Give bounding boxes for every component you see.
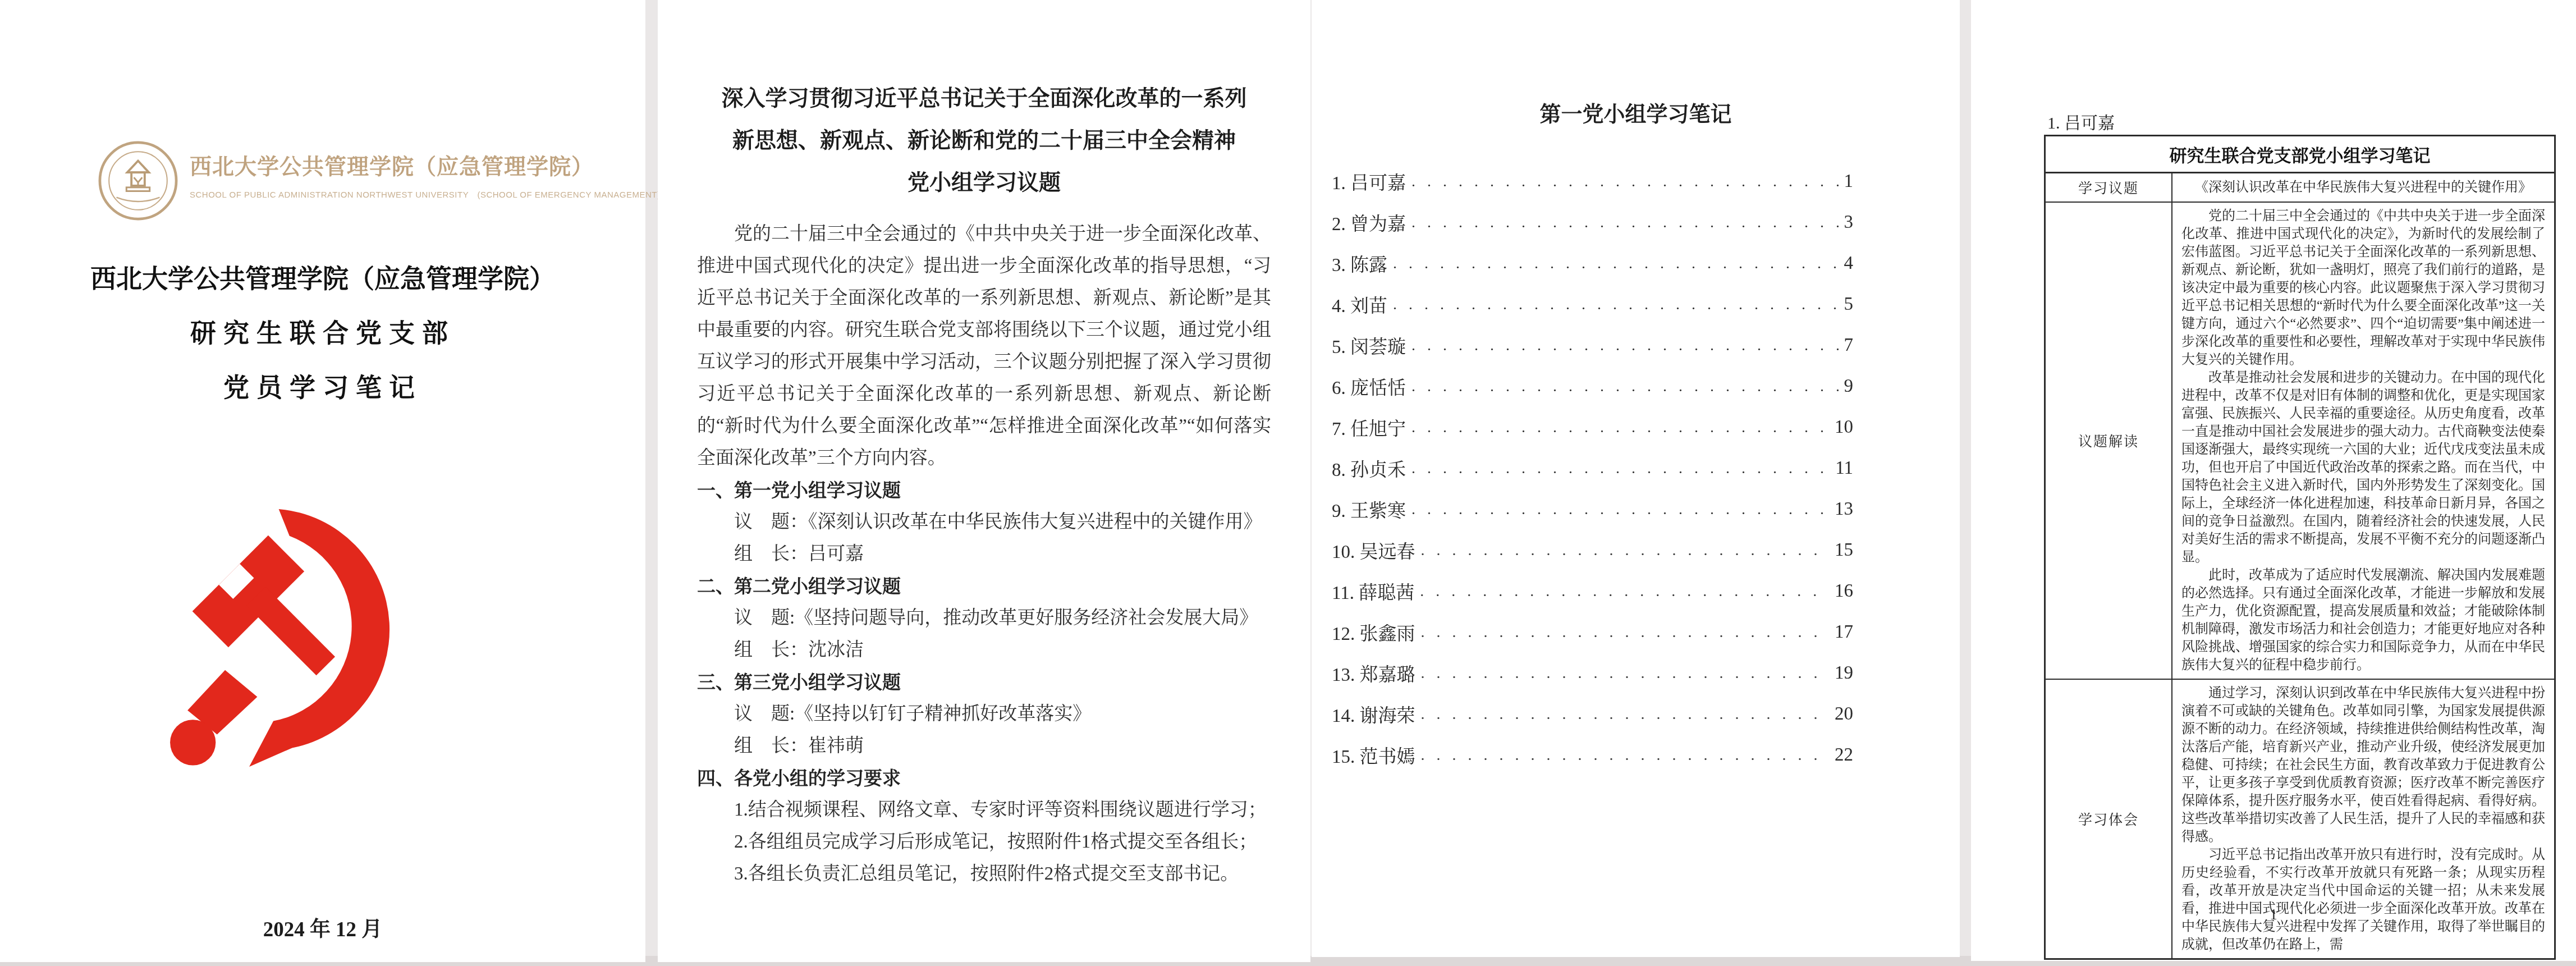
- toc-entry-name: 14. 谢海荣: [1332, 701, 1415, 727]
- toc-entry-page: 17: [1835, 622, 1853, 643]
- toc-entry-name: 15. 范书嫣: [1332, 742, 1415, 768]
- table-row-interpretation: 议题解读 党的二十届三中全会通过的《中共中央关于进一步全面深化改革、推进中国式现…: [2046, 203, 2554, 680]
- toc-entry: 7. 任旭宁10: [1332, 407, 1853, 448]
- toc-entry-page: 9: [1844, 376, 1854, 397]
- table-header: 研究生联合党支部党小组学习笔记: [2046, 136, 2554, 173]
- toc-dot-leader: [1411, 501, 1829, 519]
- section2-topic: 议 题:《坚持问题导向，推动改革更好服务经济社会发展大局》: [697, 602, 1271, 634]
- toc-entry-name: 1. 吕可嘉: [1332, 168, 1406, 195]
- page-3-toc: 第一党小组学习笔记 1. 吕可嘉1 2. 曾为嘉3 3. 陈露4 4. 刘苗5 …: [1312, 0, 1960, 957]
- cover-title-line3: 党员学习笔记: [0, 360, 645, 415]
- section2-heading: 二、第二党小组学习议题: [697, 570, 1271, 602]
- section1-heading: 一、第一党小组学习议题: [697, 474, 1271, 506]
- toc-entry-name: 13. 郑嘉璐: [1332, 660, 1415, 686]
- requirement-item3: 3.各组长负责汇总组员笔记，按照附件2格式提交至支部书记。: [697, 858, 1271, 890]
- toc-entry-page: 5: [1844, 294, 1854, 315]
- toc-entry-name: 5. 闵荟璇: [1332, 332, 1406, 359]
- toc-entry: 15. 范书嫣22: [1332, 735, 1853, 776]
- toc-entry-page: 22: [1835, 745, 1853, 766]
- section1-topic: 议 题：《深刻认识改革在中华民族伟大复兴进程中的关键作用》: [697, 506, 1271, 538]
- toc-entry-page: 15: [1835, 540, 1853, 561]
- toc-dot-leader: [1421, 747, 1830, 764]
- section3-heading: 三、第三党小组学习议题: [697, 666, 1271, 698]
- row-label: 议题解读: [2046, 203, 2172, 679]
- toc-list: 1. 吕可嘉1 2. 曾为嘉3 3. 陈露4 4. 刘苗5 5. 闵荟璇7 6.…: [1332, 161, 1853, 776]
- note-owner-heading: 1. 吕可嘉: [2047, 109, 2115, 134]
- toc-entry: 9. 王紫寒13: [1332, 489, 1853, 530]
- toc-dot-leader: [1411, 378, 1839, 396]
- toc-entry-name: 4. 刘苗: [1332, 291, 1387, 318]
- toc-entry-name: 8. 孙贞禾: [1332, 455, 1406, 482]
- toc-entry: 12. 张鑫雨17: [1332, 612, 1853, 653]
- page2-intro: 党的二十届三中全会通过的《中共中央关于进一步全面深化改革、推进中国式现代化的决定…: [697, 218, 1271, 474]
- school-name-cn: 西北大学公共管理学院（应急管理学院）: [190, 149, 660, 181]
- reflection-paragraph-1: 通过学习，深刻认识到改革在中华民族伟大复兴进程中扮演着不可或缺的关键角色。改革如…: [2181, 684, 2545, 846]
- requirement-item1: 1.结合视频课程、网络文章、专家时评等资料围绕议题进行学习；: [697, 794, 1271, 826]
- toc-entry: 6. 庞恬恬9: [1332, 366, 1853, 407]
- toc-entry-name: 11. 薛聪茜: [1332, 578, 1414, 605]
- page2-title: 深入学习贯彻习近平总书记关于全面深化改革的一系列 新思想、新观点、新论断和党的二…: [697, 77, 1271, 204]
- toc-entry-name: 2. 曾为嘉: [1332, 209, 1406, 236]
- toc-dot-leader: [1421, 665, 1830, 683]
- toc-entry-page: 20: [1835, 704, 1853, 725]
- toc-entry-name: 12. 张鑫雨: [1332, 619, 1415, 645]
- toc-entry-page: 10: [1835, 417, 1853, 438]
- toc-entry: 14. 谢海荣20: [1332, 694, 1853, 735]
- section3-leader: 组 长：崔祎萌: [697, 730, 1271, 762]
- row-label: 学习议题: [2046, 173, 2172, 202]
- toc-entry-name: 9. 王紫寒: [1332, 496, 1406, 523]
- toc-title: 第一党小组学习笔记: [1312, 97, 1960, 127]
- toc-dot-leader: [1411, 214, 1839, 232]
- section2-leader: 组 长：沈冰洁: [697, 634, 1271, 666]
- requirement-item2: 2.各组组员完成学习后形成笔记，按照附件1格式提交至各组长；: [697, 826, 1271, 858]
- toc-dot-leader: [1411, 337, 1839, 355]
- row-interpretation-content: 党的二十届三中全会通过的《中共中央关于进一步全面深化改革、推进中国式现代化的决定…: [2172, 203, 2554, 679]
- toc-dot-leader: [1393, 255, 1839, 273]
- toc-entry: 5. 闵荟璇7: [1332, 325, 1853, 366]
- toc-entry-page: 11: [1835, 458, 1853, 479]
- toc-entry: 10. 吴远春15: [1332, 530, 1853, 571]
- interpretation-paragraph-2: 改革是推动社会发展和进步的关键动力。在中国的现代化进程中，改革不仅是对旧有体制的…: [2181, 369, 2545, 566]
- toc-dot-leader: [1411, 173, 1839, 191]
- toc-entry-page: 1: [1844, 171, 1854, 192]
- toc-entry: 11. 薛聪茜16: [1332, 571, 1853, 612]
- interpretation-paragraph-1: 党的二十届三中全会通过的《中共中央关于进一步全面深化改革、推进中国式现代化的决定…: [2181, 207, 2545, 369]
- row-topic-content: 《深刻认识改革在中华民族伟大复兴进程中的关键作用》: [2172, 173, 2554, 202]
- page-number: 1: [1971, 906, 2576, 923]
- page-2-topics: 深入学习贯彻习近平总书记关于全面深化改革的一系列 新思想、新观点、新论断和党的二…: [658, 0, 1310, 962]
- toc-entry-name: 7. 任旭宁: [1332, 414, 1406, 441]
- toc-entry: 8. 孙贞禾11: [1332, 448, 1853, 489]
- cover-title-line1: 西北大学公共管理学院（应急管理学院）: [0, 251, 645, 306]
- toc-dot-leader: [1421, 706, 1830, 724]
- table-row-topic: 学习议题 《深刻认识改革在中华民族伟大复兴进程中的关键作用》: [2046, 173, 2554, 203]
- school-logo-text: 西北大学公共管理学院（应急管理学院） SCHOOL OF PUBLIC ADMI…: [190, 139, 660, 200]
- page2-body: 党的二十届三中全会通过的《中共中央关于进一步全面深化改革、推进中国式现代化的决定…: [697, 218, 1271, 890]
- page-4-note: 1. 吕可嘉 研究生联合党支部党小组学习笔记 学习议题 《深刻认识改革在中华民族…: [1971, 0, 2576, 961]
- toc-dot-leader: [1411, 419, 1829, 437]
- page-1-cover: 西北大学公共管理学院（应急管理学院） SCHOOL OF PUBLIC ADMI…: [0, 0, 645, 962]
- section4-heading: 四、各党小组的学习要求: [697, 762, 1271, 794]
- cover-title-line2: 研究生联合党支部: [0, 306, 645, 360]
- toc-entry-name: 6. 庞恬恬: [1332, 373, 1406, 400]
- toc-entry-name: 10. 吴远春: [1332, 537, 1415, 564]
- page2-title-line3: 党小组学习议题: [697, 162, 1271, 204]
- toc-entry: 13. 郑嘉璐19: [1332, 653, 1853, 694]
- university-seal-icon: [97, 139, 180, 222]
- toc-entry: 4. 刘苗5: [1332, 284, 1853, 325]
- toc-dot-leader: [1393, 296, 1839, 314]
- toc-entry-page: 4: [1844, 253, 1854, 274]
- section3-topic: 议 题:《坚持以钉钉子精神抓好改革落实》: [697, 698, 1271, 730]
- section1-leader: 组 长：吕可嘉: [697, 538, 1271, 570]
- toc-dot-leader: [1411, 460, 1830, 478]
- toc-dot-leader: [1421, 624, 1830, 642]
- reflection-paragraph-2: 习近平总书记指出改革开放只有进行时，没有完成时。从历史经验看，不实行改革开放就只…: [2181, 846, 2545, 954]
- cover-date: 2024 年 12 月: [0, 912, 645, 942]
- toc-entry-page: 19: [1835, 663, 1853, 684]
- interpretation-paragraph-3: 此时，改革成为了适应时代发展潮流、解决国内发展难题的必然选择。只有通过全面深化改…: [2181, 566, 2545, 674]
- toc-entry-page: 16: [1835, 581, 1853, 602]
- toc-dot-leader: [1421, 542, 1830, 560]
- cover-titles: 西北大学公共管理学院（应急管理学院） 研究生联合党支部 党员学习笔记: [0, 251, 645, 415]
- toc-entry: 3. 陈露4: [1332, 243, 1853, 284]
- party-emblem-icon: [153, 492, 421, 795]
- school-name-en: SCHOOL OF PUBLIC ADMINISTRATION NORTHWES…: [190, 189, 660, 200]
- page2-title-line1: 深入学习贯彻习近平总书记关于全面深化改革的一系列: [697, 77, 1271, 120]
- toc-entry-page: 3: [1844, 212, 1854, 233]
- toc-entry-name: 3. 陈露: [1332, 250, 1387, 277]
- toc-entry-page: 7: [1844, 335, 1854, 356]
- toc-entry-page: 13: [1835, 499, 1853, 520]
- toc-dot-leader: [1420, 583, 1829, 601]
- toc-entry: 2. 曾为嘉3: [1332, 202, 1853, 243]
- study-note-table: 研究生联合党支部党小组学习笔记 学习议题 《深刻认识改革在中华民族伟大复兴进程中…: [2044, 135, 2556, 960]
- toc-entry: 1. 吕可嘉1: [1332, 161, 1853, 202]
- school-logo: 西北大学公共管理学院（应急管理学院） SCHOOL OF PUBLIC ADMI…: [97, 139, 660, 222]
- page2-title-line2: 新思想、新观点、新论断和党的二十届三中全会精神: [697, 120, 1271, 162]
